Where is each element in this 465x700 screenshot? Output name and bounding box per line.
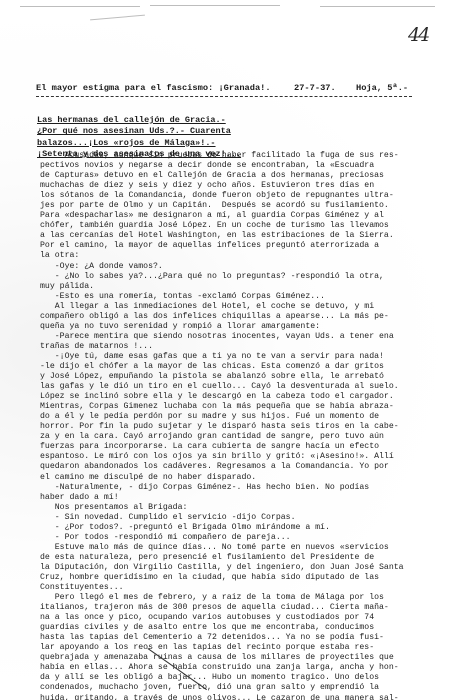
text-line: do a él y le pedía perdón por su madre y… (40, 412, 440, 422)
text-line: y José López, empuñando la pistola se ab… (40, 372, 440, 382)
headline: Las hermanas del callejón de Gracia.- (37, 115, 241, 126)
scan-artifact-line (320, 6, 435, 7)
text-line: Constituyentes... (40, 583, 440, 593)
text-line: de Capturas» detuvo en el Callejón de Gr… (40, 171, 440, 181)
handwritten-page-number: 44 (408, 24, 428, 46)
document-header: El mayor estigma para el fascismo: ¡Gran… (36, 83, 416, 93)
text-line: na a las once y pico, ocupando varios au… (40, 613, 440, 623)
text-line: -Oye: ¿A donde vamos?. (40, 262, 440, 272)
text-line: guardias civiles y de asalto entre los q… (40, 623, 440, 633)
text-line: -Naturalmente, - dijo Corpas Giménez-. H… (40, 483, 440, 493)
text-line: muy pálida. (40, 282, 440, 292)
text-line: -Esto es una romería, tontas -exclamó Co… (40, 292, 440, 302)
text-line: jes por parte de Olmo y un Capitán. Desp… (40, 201, 440, 211)
text-line: Pero llegó el mes de febrero, y a raiz d… (40, 593, 440, 603)
text-line: compañero obligó a las dos infelices chi… (40, 312, 440, 322)
text-line: horror. Por fin la pudo sujetar y le dis… (40, 422, 440, 432)
scan-artifact-line (20, 6, 140, 7)
text-line: - ¿Por todos?. -preguntó el Brigada Olmo… (40, 523, 440, 533)
text-line: a las cercanías del Hotel Washington, en… (40, 231, 440, 241)
text-line: Cruz, hombre queridísimo en la ciudad, q… (40, 573, 440, 583)
text-line: Para «despacharlas» me designaron a mí, … (40, 211, 440, 221)
header-date: 27-7-37. (294, 83, 356, 93)
text-line: chófer, también guardia José López. En u… (40, 221, 440, 231)
text-line: los sótanos de la Comandancia, donde fue… (40, 191, 440, 201)
text-line: -¡Oye tú, dame esas gafas que a ti ya no… (40, 352, 440, 362)
text-line: condenados, muchacho joven, fuerto, dió … (40, 683, 440, 693)
text-line: - Por todos -respondió mi compañero de p… (40, 533, 440, 543)
text-line: pectivos novios y negarse a decir donde … (40, 161, 440, 171)
text-line: Nos presentamos al Brigada: (40, 503, 440, 513)
text-line: - Sin novedad. Cumplido el servicio -dij… (40, 513, 440, 523)
header-divider (36, 96, 412, 97)
text-line: espantoso. Le miró con los ojos ya sin b… (40, 452, 440, 462)
text-line: el camino me disculpé de no haber dispar… (40, 473, 440, 483)
text-line: - ¿No lo sabes ya?...¿Para qué no lo pre… (40, 272, 440, 282)
text-line: Estuve malo más de quince días... No tom… (40, 543, 440, 553)
text-line: de esta naturaleza, pero presencié el fu… (40, 553, 440, 563)
text-line: las gafas y le dió un tiro en el cuello.… (40, 382, 440, 392)
body-text: Acusadas, aunque sin pruebas de haber fa… (40, 151, 440, 700)
headline: balazos...¡Los «rojos de Málaga»!.- (37, 138, 241, 149)
headline-text: Las hermanas del callejón de Gracia.- (37, 115, 226, 125)
text-line: queña ya no tuvo serenidad y rompió a ll… (40, 322, 440, 332)
headline: ¿Por qué nos asesinan Uds.?.- Cuarenta (37, 126, 241, 137)
scan-artifact-line (90, 15, 145, 21)
text-line: la otra: (40, 251, 440, 261)
scan-artifact-line (150, 5, 280, 6)
text-line: za y en la cara. Cayó arrojando gran can… (40, 432, 440, 442)
text-line: haber dado a mí! (40, 493, 440, 503)
text-line: lar apoyando a los reos en las tapias de… (40, 643, 440, 653)
text-line: trañas de matarnos !... (40, 342, 440, 352)
text-line: -le dijo el chófer a la mayor de las chi… (40, 362, 440, 372)
text-line: Mientras, Corpas Gimenez luchaba con la … (40, 402, 440, 412)
text-line: da y allí se les obligó a bajar... Hubo … (40, 673, 440, 683)
scanned-page: 44 El mayor estigma para el fascismo: ¡G… (0, 0, 465, 700)
text-line: muchachas de diez y seis y diez y ocho a… (40, 181, 440, 191)
text-line: quebrajada y amenazaba ruinas a causa de… (40, 653, 440, 663)
text-line: hasta las tapias del Cementerio a 72 det… (40, 633, 440, 643)
header-sheet-number: Hoja, 5ª.- (356, 83, 408, 93)
text-line: Acusadas, aunque sin pruebas de haber fa… (40, 151, 440, 161)
headline-text: balazos...¡Los «rojos de Málaga»!.- (37, 138, 216, 148)
text-line: -Parece mentira que siendo nosotras inoc… (40, 332, 440, 342)
text-line: Por el camino, la mayor de aquellas infe… (40, 241, 440, 251)
text-line: italianos, trajeron más de 300 presos de… (40, 603, 440, 613)
text-line: López se inclinó sobre ella y le descarg… (40, 392, 440, 402)
text-line: fuerzas para incorporarse. La cara cubie… (40, 442, 440, 452)
text-line: quedaron abandonados los cadáveres. Regr… (40, 462, 440, 472)
header-title: El mayor estigma para el fascismo: ¡Gran… (36, 83, 294, 93)
text-line: había en ellas... Ahora se había constru… (40, 663, 440, 673)
text-line: huida, gritando, a través de unos olivos… (40, 694, 440, 700)
text-line: la Diputación, don Virgilio Castilla, y … (40, 563, 440, 573)
text-line: Al llegar a las inmediaciones del Hotel,… (40, 302, 440, 312)
headline-text: ¿Por qué nos asesinan Uds.?.- Cuarenta (37, 126, 231, 136)
